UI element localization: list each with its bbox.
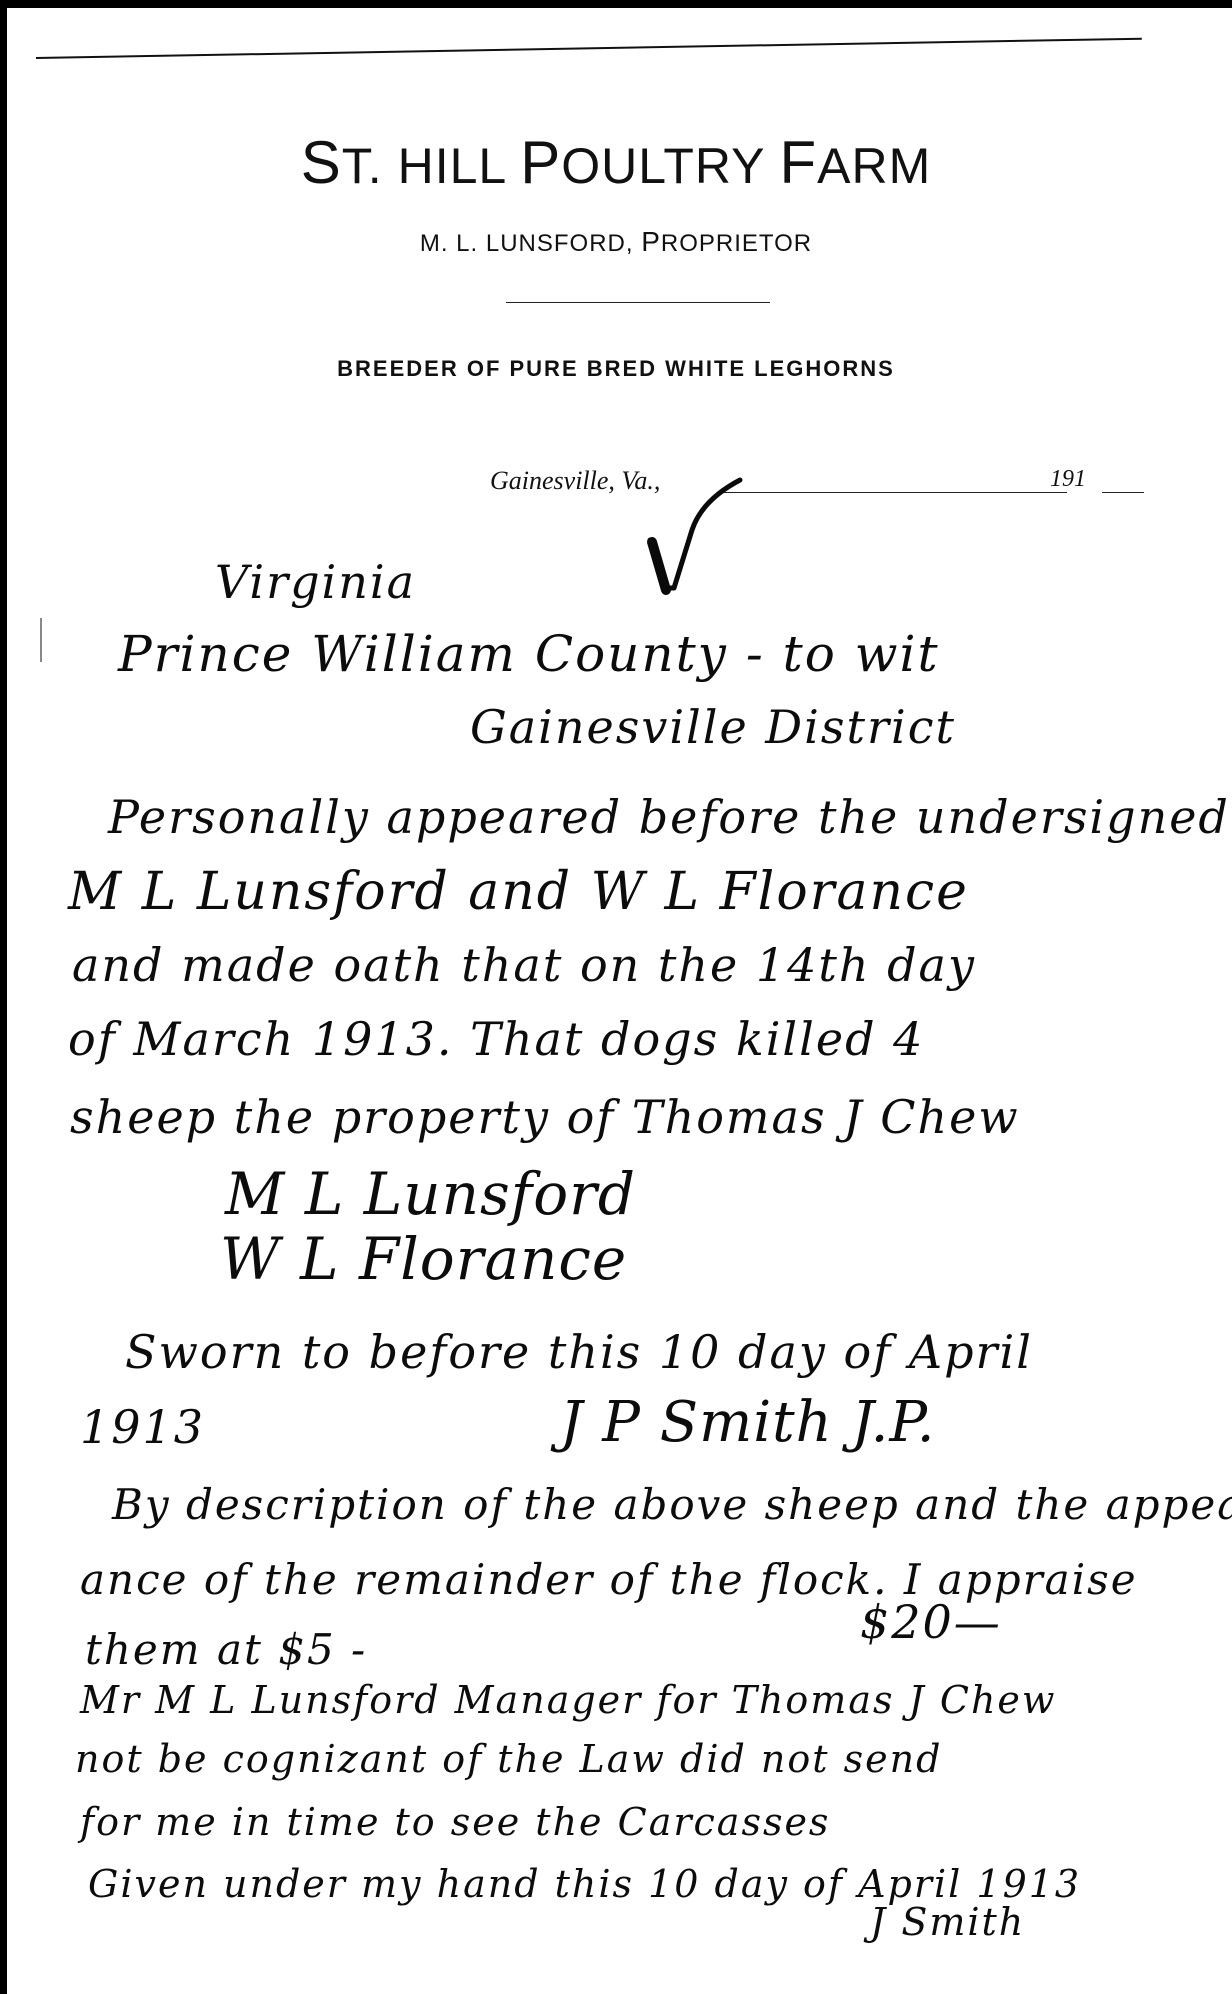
top-rule [36, 38, 1142, 59]
note-line: Mr M L Lunsford Manager for Thomas J Che… [80, 1678, 1056, 1722]
signature-florance: W L Florance [220, 1225, 627, 1293]
affidavit-line: of March 1913. That dogs killed 4 [68, 1012, 924, 1066]
dateline-year: 191 [1050, 466, 1086, 493]
title-part: ILL [435, 138, 521, 194]
title-part: T. H [342, 138, 435, 194]
title-part: ARM [817, 138, 931, 194]
letterhead-proprietor: M. L. LUNSFORD, PROPRIETOR [0, 226, 1232, 258]
note-signature: J Smith [870, 1900, 1025, 1944]
signature-lunsford: M L Lunsford [225, 1160, 636, 1228]
appraisal-line: them at $5 - [85, 1625, 367, 1674]
affidavit-line: Personally appeared before the undersign… [108, 790, 1230, 844]
dateline-place: Gainesville, Va., [490, 466, 660, 496]
note-line: for me in time to see the Carcasses [80, 1800, 830, 1844]
title-initial: S [301, 129, 342, 196]
proprietor-title: ROPRIETOR [661, 230, 812, 257]
jurat-year: 1913 [80, 1400, 205, 1454]
affidavit-line: M L Lunsford and W L Florance [68, 862, 969, 922]
justice-signature: J P Smith J.P. [560, 1390, 936, 1455]
jurat-sworn: Sworn to before this 10 day of April [125, 1325, 1033, 1379]
checkmark-icon [640, 470, 760, 610]
margin-mark [40, 618, 42, 662]
letterhead-title: ST. HILL POULTRY FARM [0, 128, 1232, 197]
proprietor-initial: P [641, 226, 661, 257]
affidavit-state: Virginia [215, 555, 416, 609]
title-part: OULTRY [561, 138, 779, 194]
letterhead-divider [506, 302, 770, 303]
letterhead-tagline: BREEDER OF PURE BRED WHITE LEGHORNS [0, 356, 1232, 382]
title-initial: F [779, 129, 817, 196]
affidavit-district: Gainesville District [470, 700, 956, 754]
appraisal-total: $20— [860, 1595, 1002, 1649]
appraisal-line: By description of the above sheep and th… [112, 1480, 1232, 1529]
scan-border-top [0, 0, 1232, 8]
affidavit-line: sheep the property of Thomas J Chew [70, 1090, 1020, 1144]
dateline-year-blank [1102, 492, 1144, 493]
scan-border-left [0, 0, 7, 1994]
title-initial: P [520, 129, 561, 196]
affidavit-county: Prince William County - to wit [118, 625, 940, 683]
proprietor-name: M. L. LUNSFORD, [420, 230, 641, 257]
note-line: not be cognizant of the Law did not send [75, 1737, 942, 1781]
dateline-blank [722, 492, 1067, 493]
affidavit-line: and made oath that on the 14th day [72, 938, 976, 992]
dateline: Gainesville, Va., 191 [490, 466, 1150, 506]
